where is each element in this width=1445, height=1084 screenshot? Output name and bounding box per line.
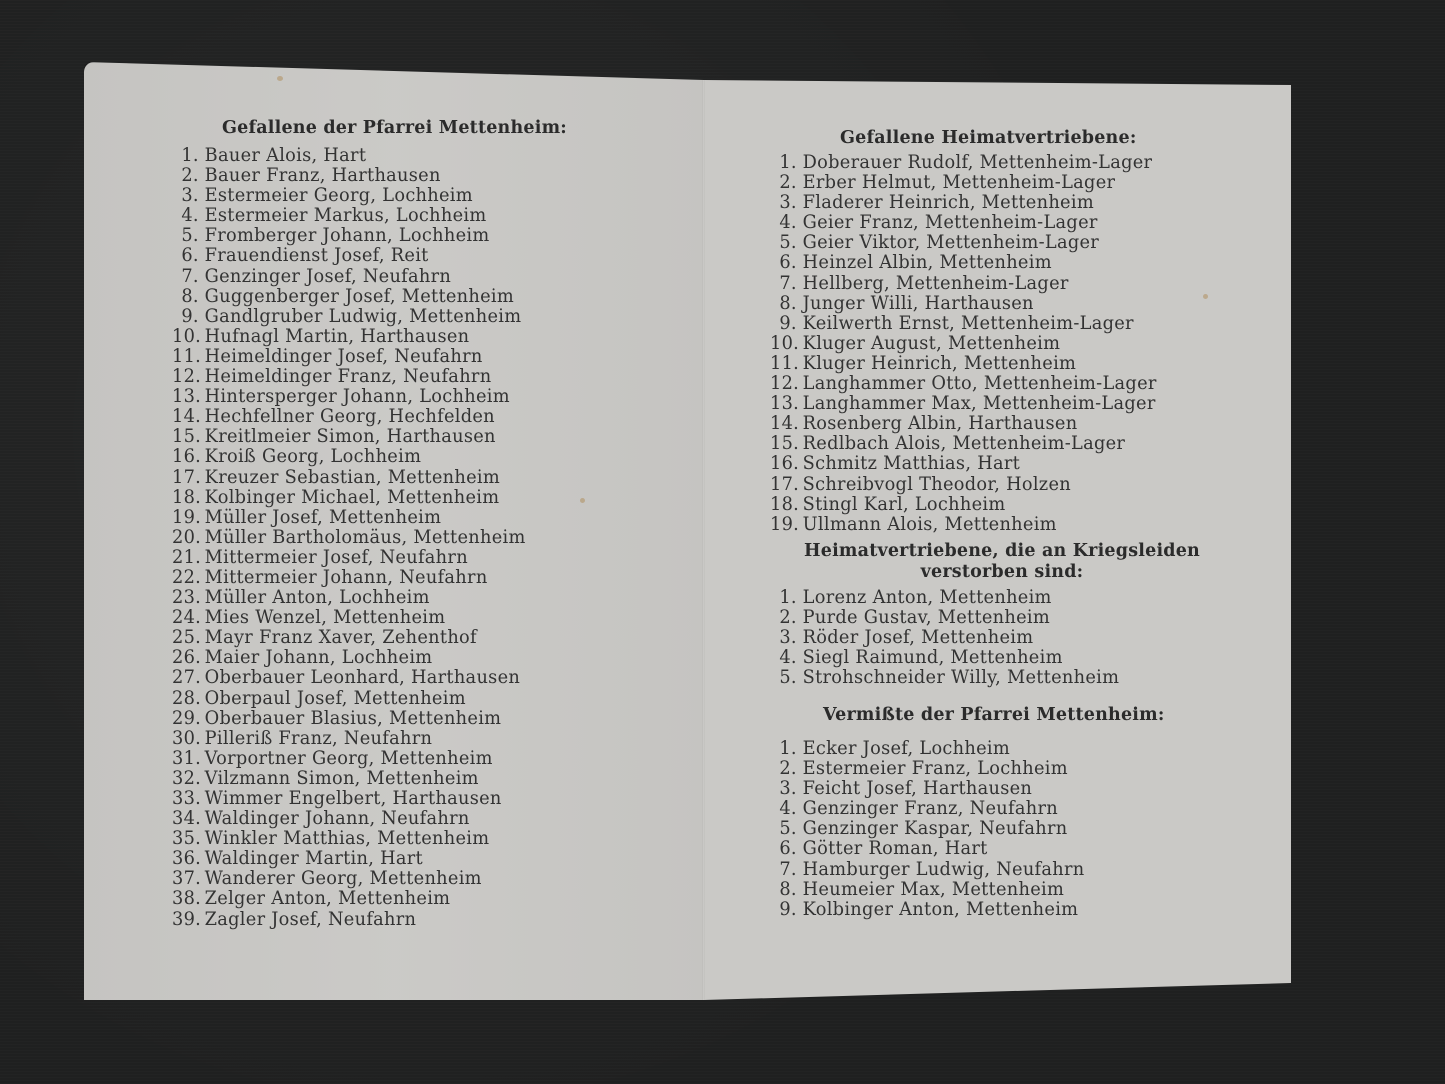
- list-item: 4.Siegl Raimund, Mettenheim: [770, 648, 1119, 668]
- list-item: 10.Hufnagl Martin, Harthausen: [172, 327, 526, 347]
- entry-number: 23.: [172, 588, 199, 608]
- list-item: 2.Bauer Franz, Harthausen: [172, 166, 526, 186]
- entry-name: Mittermeier Johann, Neufahrn: [205, 567, 488, 588]
- entry-name: Ecker Josef, Lochheim: [803, 738, 1010, 759]
- entry-number: 29.: [172, 709, 199, 729]
- list-item: 19.Ullmann Alois, Mettenheim: [770, 515, 1157, 535]
- list-item: 39.Zagler Josef, Neufahrn: [172, 910, 526, 930]
- entry-name: Fladerer Heinrich, Mettenheim: [803, 192, 1094, 213]
- entry-name: Götter Roman, Hart: [803, 838, 988, 859]
- list-item: 15.Redlbach Alois, Mettenheim-Lager: [770, 434, 1157, 454]
- entry-number: 7.: [172, 267, 199, 287]
- list-item: 17.Schreibvogl Theodor, Holzen: [770, 475, 1157, 495]
- entry-name: Frauendienst Josef, Reit: [205, 245, 429, 266]
- entry-number: 3.: [770, 779, 797, 799]
- list-item: 5.Genzinger Kaspar, Neufahrn: [770, 819, 1085, 839]
- entry-name: Hechfellner Georg, Hechfelden: [205, 406, 495, 427]
- list-item: 24.Mies Wenzel, Mettenheim: [172, 608, 526, 628]
- list-item: 11.Kluger Heinrich, Mettenheim: [770, 354, 1157, 374]
- entry-name: Oberpaul Josef, Mettenheim: [205, 688, 466, 709]
- entry-number: 7.: [770, 860, 797, 880]
- entry-number: 15.: [172, 427, 199, 447]
- entry-number: 9.: [770, 900, 797, 920]
- list-item: 16.Schmitz Matthias, Hart: [770, 454, 1157, 474]
- list-item: 17.Kreuzer Sebastian, Mettenheim: [172, 468, 526, 488]
- list-item: 33.Wimmer Engelbert, Harthausen: [172, 789, 526, 809]
- list-item: 1.Lorenz Anton, Mettenheim: [770, 588, 1119, 608]
- list-item: 8.Heumeier Max, Mettenheim: [770, 880, 1085, 900]
- entry-number: 11.: [172, 347, 199, 367]
- entry-name: Heumeier Max, Mettenheim: [803, 879, 1064, 900]
- entry-number: 3.: [770, 628, 797, 648]
- entry-number: 16.: [172, 447, 199, 467]
- entry-number: 19.: [770, 515, 797, 535]
- list-item: 7.Genzinger Josef, Neufahrn: [172, 267, 526, 287]
- list-item: 2.Erber Helmut, Mettenheim-Lager: [770, 173, 1157, 193]
- list-item: 13.Langhammer Max, Mettenheim-Lager: [770, 394, 1157, 414]
- entry-name: Ullmann Alois, Mettenheim: [803, 514, 1057, 535]
- expellees-war-suffering-list: 1.Lorenz Anton, Mettenheim2.Purde Gustav…: [770, 588, 1134, 688]
- left-page-heading: Gefallene der Pfarrei Mettenheim:: [222, 118, 567, 138]
- list-item: 3.Fladerer Heinrich, Mettenheim: [770, 193, 1157, 213]
- list-item: 9.Gandlgruber Ludwig, Mettenheim: [172, 307, 526, 327]
- list-item: 3.Feicht Josef, Harthausen: [770, 779, 1085, 799]
- entry-number: 31.: [172, 749, 199, 769]
- entry-number: 12.: [770, 374, 797, 394]
- entry-number: 5.: [770, 668, 797, 688]
- list-item: 4.Estermeier Markus, Lochheim: [172, 206, 526, 226]
- list-item: 15.Kreitlmeier Simon, Harthausen: [172, 427, 526, 447]
- entry-number: 34.: [172, 809, 199, 829]
- entry-name: Kreuzer Sebastian, Mettenheim: [205, 467, 500, 488]
- list-item: 14.Hechfellner Georg, Hechfelden: [172, 407, 526, 427]
- list-item: 5.Geier Viktor, Mettenheim-Lager: [770, 233, 1157, 253]
- entry-name: Stingl Karl, Lochheim: [803, 494, 1006, 515]
- entry-name: Genzinger Kaspar, Neufahrn: [803, 818, 1068, 839]
- list-item: 5.Strohschneider Willy, Mettenheim: [770, 668, 1119, 688]
- list-item: 2.Estermeier Franz, Lochheim: [770, 759, 1085, 779]
- heading-line-2: verstorben sind:: [788, 562, 1216, 583]
- entry-number: 13.: [770, 394, 797, 414]
- list-item: 7.Hellberg, Mettenheim-Lager: [770, 274, 1157, 294]
- entry-name: Gandlgruber Ludwig, Mettenheim: [205, 306, 522, 327]
- entry-name: Geier Viktor, Mettenheim-Lager: [803, 232, 1099, 253]
- entry-number: 8.: [172, 287, 199, 307]
- list-item: 19.Müller Josef, Mettenheim: [172, 508, 526, 528]
- entry-name: Heimeldinger Franz, Neufahrn: [205, 366, 492, 387]
- entry-number: 4.: [770, 213, 797, 233]
- list-item: 1.Ecker Josef, Lochheim: [770, 739, 1085, 759]
- entry-name: Zagler Josef, Neufahrn: [205, 909, 417, 930]
- entry-name: Vilzmann Simon, Mettenheim: [205, 768, 479, 789]
- entry-name: Röder Josef, Mettenheim: [803, 627, 1034, 648]
- list-item: 28.Oberpaul Josef, Mettenheim: [172, 689, 526, 709]
- entry-name: Redlbach Alois, Mettenheim-Lager: [803, 433, 1126, 454]
- entry-name: Müller Anton, Lochheim: [205, 587, 430, 608]
- entry-number: 1.: [172, 146, 199, 166]
- entry-name: Oberbauer Leonhard, Harthausen: [205, 667, 520, 688]
- entry-number: 10.: [172, 327, 199, 347]
- entry-number: 14.: [770, 414, 797, 434]
- entry-number: 33.: [172, 789, 199, 809]
- entry-name: Estermeier Franz, Lochheim: [803, 758, 1068, 779]
- list-item: 30.Pilleriß Franz, Neufahrn: [172, 729, 526, 749]
- entry-name: Hellberg, Mettenheim-Lager: [803, 273, 1069, 294]
- entry-name: Fromberger Johann, Lochheim: [205, 225, 490, 246]
- list-item: 31.Vorportner Georg, Mettenheim: [172, 749, 526, 769]
- list-item: 9.Keilwerth Ernst, Mettenheim-Lager: [770, 314, 1157, 334]
- entry-number: 39.: [172, 910, 199, 930]
- list-item: 32.Vilzmann Simon, Mettenheim: [172, 769, 526, 789]
- entry-number: 7.: [770, 274, 797, 294]
- entry-name: Schmitz Matthias, Hart: [803, 453, 1020, 474]
- entry-number: 25.: [172, 628, 199, 648]
- entry-number: 8.: [770, 294, 797, 314]
- section-heading-expellees-war-suffering: Heimatvertriebene, die an Kriegsleiden v…: [788, 541, 1216, 583]
- list-item: 3.Estermeier Georg, Lochheim: [172, 186, 526, 206]
- paper-stain: [580, 498, 585, 503]
- entry-name: Bauer Alois, Hart: [205, 145, 367, 166]
- entry-number: 24.: [172, 608, 199, 628]
- entry-number: 11.: [770, 354, 797, 374]
- entry-number: 36.: [172, 849, 199, 869]
- entry-name: Guggenberger Josef, Mettenheim: [205, 286, 514, 307]
- entry-name: Mittermeier Josef, Neufahrn: [205, 547, 468, 568]
- entry-number: 26.: [172, 648, 199, 668]
- list-item: 1.Bauer Alois, Hart: [172, 146, 526, 166]
- list-item: 12.Heimeldinger Franz, Neufahrn: [172, 367, 526, 387]
- entry-number: 2.: [770, 759, 797, 779]
- page-fold: [702, 80, 705, 1000]
- entry-name: Lorenz Anton, Mettenheim: [803, 587, 1052, 608]
- entry-name: Genzinger Josef, Neufahrn: [205, 266, 452, 287]
- entry-number: 22.: [172, 568, 199, 588]
- entry-name: Siegl Raimund, Mettenheim: [803, 647, 1063, 668]
- list-item: 21.Mittermeier Josef, Neufahrn: [172, 548, 526, 568]
- entry-number: 6.: [770, 253, 797, 273]
- entry-name: Hamburger Ludwig, Neufahrn: [803, 859, 1085, 880]
- entry-number: 37.: [172, 869, 199, 889]
- entry-number: 6.: [172, 246, 199, 266]
- list-item: 38.Zelger Anton, Mettenheim: [172, 889, 526, 909]
- list-item: 1.Doberauer Rudolf, Mettenheim-Lager: [770, 153, 1157, 173]
- list-item: 20.Müller Bartholomäus, Mettenheim: [172, 528, 526, 548]
- entry-name: Bauer Franz, Harthausen: [205, 165, 441, 186]
- paper-stain: [277, 76, 283, 81]
- list-item: 25.Mayr Franz Xaver, Zehenthof: [172, 628, 526, 648]
- list-item: 27.Oberbauer Leonhard, Harthausen: [172, 668, 526, 688]
- entry-name: Strohschneider Willy, Mettenheim: [803, 667, 1120, 688]
- entry-number: 2.: [770, 608, 797, 628]
- entry-number: 16.: [770, 454, 797, 474]
- entry-name: Schreibvogl Theodor, Holzen: [803, 474, 1071, 495]
- list-item: 22.Mittermeier Johann, Neufahrn: [172, 568, 526, 588]
- entry-number: 30.: [172, 729, 199, 749]
- list-item: 13.Hintersperger Johann, Lochheim: [172, 387, 526, 407]
- entry-name: Kolbinger Anton, Mettenheim: [803, 899, 1079, 920]
- entry-number: 15.: [770, 434, 797, 454]
- fallen-expellees-list: 1.Doberauer Rudolf, Mettenheim-Lager2.Er…: [770, 153, 1173, 535]
- entry-name: Wanderer Georg, Mettenheim: [205, 868, 482, 889]
- list-item: 6.Götter Roman, Hart: [770, 839, 1085, 859]
- entry-number: 8.: [770, 880, 797, 900]
- entry-number: 19.: [172, 508, 199, 528]
- entry-number: 1.: [770, 739, 797, 759]
- entry-name: Vorportner Georg, Mettenheim: [205, 748, 493, 769]
- entry-number: 28.: [172, 689, 199, 709]
- list-item: 18.Stingl Karl, Lochheim: [770, 495, 1157, 515]
- list-item: 23.Müller Anton, Lochheim: [172, 588, 526, 608]
- section-heading-fallen-expellees: Gefallene Heimatvertriebene:: [840, 128, 1136, 148]
- entry-name: Pilleriß Franz, Neufahrn: [205, 728, 433, 749]
- entry-number: 14.: [172, 407, 199, 427]
- list-item: 8.Junger Willi, Harthausen: [770, 294, 1157, 314]
- list-item: 26.Maier Johann, Lochheim: [172, 648, 526, 668]
- entry-number: 3.: [770, 193, 797, 213]
- list-item: 14.Rosenberg Albin, Harthausen: [770, 414, 1157, 434]
- entry-number: 5.: [770, 819, 797, 839]
- entry-number: 18.: [770, 495, 797, 515]
- list-item: 4.Genzinger Franz, Neufahrn: [770, 799, 1085, 819]
- entry-name: Wimmer Engelbert, Harthausen: [205, 788, 502, 809]
- entry-number: 17.: [172, 468, 199, 488]
- section-heading-missing: Vermißte der Pfarrei Mettenheim:: [823, 705, 1165, 725]
- entry-number: 4.: [172, 206, 199, 226]
- entry-name: Junger Willi, Harthausen: [803, 293, 1034, 314]
- entry-name: Hintersperger Johann, Lochheim: [205, 386, 510, 407]
- entry-name: Müller Bartholomäus, Mettenheim: [205, 527, 526, 548]
- list-item: 11.Heimeldinger Josef, Neufahrn: [172, 347, 526, 367]
- entry-number: 35.: [172, 829, 199, 849]
- entry-number: 9.: [770, 314, 797, 334]
- entry-name: Heinzel Albin, Mettenheim: [803, 252, 1052, 273]
- entry-name: Rosenberg Albin, Harthausen: [803, 413, 1078, 434]
- list-item: 4.Geier Franz, Mettenheim-Lager: [770, 213, 1157, 233]
- entry-number: 4.: [770, 648, 797, 668]
- entry-name: Feicht Josef, Harthausen: [803, 778, 1033, 799]
- entry-number: 10.: [770, 334, 797, 354]
- entry-number: 20.: [172, 528, 199, 548]
- entry-number: 5.: [770, 233, 797, 253]
- entry-name: Mayr Franz Xaver, Zehenthof: [205, 627, 477, 648]
- entry-name: Oberbauer Blasius, Mettenheim: [205, 708, 502, 729]
- list-item: 37.Wanderer Georg, Mettenheim: [172, 869, 526, 889]
- list-item: 18.Kolbinger Michael, Mettenheim: [172, 488, 526, 508]
- list-item: 36.Waldinger Martin, Hart: [172, 849, 526, 869]
- entry-name: Müller Josef, Mettenheim: [205, 507, 442, 528]
- list-item: 6.Frauendienst Josef, Reit: [172, 246, 526, 266]
- entry-name: Langhammer Max, Mettenheim-Lager: [803, 393, 1156, 414]
- entry-name: Waldinger Johann, Neufahrn: [205, 808, 470, 829]
- entry-number: 3.: [172, 186, 199, 206]
- entry-number: 27.: [172, 668, 199, 688]
- list-item: 2.Purde Gustav, Mettenheim: [770, 608, 1119, 628]
- entry-number: 12.: [172, 367, 199, 387]
- entry-number: 21.: [172, 548, 199, 568]
- list-item: 34.Waldinger Johann, Neufahrn: [172, 809, 526, 829]
- list-item: 29.Oberbauer Blasius, Mettenheim: [172, 709, 526, 729]
- entry-name: Erber Helmut, Mettenheim-Lager: [803, 172, 1116, 193]
- entry-name: Keilwerth Ernst, Mettenheim-Lager: [803, 313, 1134, 334]
- entry-name: Hufnagl Martin, Harthausen: [205, 326, 470, 347]
- entry-number: 1.: [770, 588, 797, 608]
- entry-number: 9.: [172, 307, 199, 327]
- entry-name: Langhammer Otto, Mettenheim-Lager: [803, 373, 1157, 394]
- entry-name: Heimeldinger Josef, Neufahrn: [205, 346, 483, 367]
- entry-name: Maier Johann, Lochheim: [205, 647, 433, 668]
- entry-name: Waldinger Martin, Hart: [205, 848, 423, 869]
- entry-number: 32.: [172, 769, 199, 789]
- paper-stain: [1203, 294, 1208, 299]
- entry-number: 4.: [770, 799, 797, 819]
- list-item: 12.Langhammer Otto, Mettenheim-Lager: [770, 374, 1157, 394]
- entry-number: 2.: [770, 173, 797, 193]
- entry-number: 18.: [172, 488, 199, 508]
- entry-number: 5.: [172, 226, 199, 246]
- fallen-parish-list: 1.Bauer Alois, Hart2.Bauer Franz, Hartha…: [172, 146, 540, 930]
- entry-number: 17.: [770, 475, 797, 495]
- list-item: 10.Kluger August, Mettenheim: [770, 334, 1157, 354]
- list-item: 5.Fromberger Johann, Lochheim: [172, 226, 526, 246]
- list-item: 16.Kroiß Georg, Lochheim: [172, 447, 526, 467]
- list-item: 35.Winkler Matthias, Mettenheim: [172, 829, 526, 849]
- entry-name: Genzinger Franz, Neufahrn: [803, 798, 1058, 819]
- list-item: 3.Röder Josef, Mettenheim: [770, 628, 1119, 648]
- entry-name: Winkler Matthias, Mettenheim: [205, 828, 490, 849]
- entry-name: Kolbinger Michael, Mettenheim: [205, 487, 500, 508]
- entry-number: 1.: [770, 153, 797, 173]
- entry-number: 2.: [172, 166, 199, 186]
- missing-parish-list: 1.Ecker Josef, Lochheim2.Estermeier Fran…: [770, 739, 1098, 920]
- entry-name: Kreitlmeier Simon, Harthausen: [205, 426, 496, 447]
- entry-name: Estermeier Georg, Lochheim: [205, 185, 473, 206]
- entry-name: Purde Gustav, Mettenheim: [803, 607, 1050, 628]
- entry-name: Kluger Heinrich, Mettenheim: [803, 353, 1077, 374]
- list-item: 6.Heinzel Albin, Mettenheim: [770, 253, 1157, 273]
- list-item: 7.Hamburger Ludwig, Neufahrn: [770, 860, 1085, 880]
- entry-name: Mies Wenzel, Mettenheim: [205, 607, 446, 628]
- entry-number: 38.: [172, 889, 199, 909]
- heading-line-1: Heimatvertriebene, die an Kriegsleiden: [788, 541, 1216, 562]
- entry-name: Kroiß Georg, Lochheim: [205, 446, 422, 467]
- entry-name: Kluger August, Mettenheim: [803, 333, 1061, 354]
- entry-name: Zelger Anton, Mettenheim: [205, 888, 451, 909]
- entry-name: Doberauer Rudolf, Mettenheim-Lager: [803, 152, 1153, 173]
- list-item: 9.Kolbinger Anton, Mettenheim: [770, 900, 1085, 920]
- entry-name: Estermeier Markus, Lochheim: [205, 205, 487, 226]
- entry-number: 13.: [172, 387, 199, 407]
- entry-number: 6.: [770, 839, 797, 859]
- list-item: 8.Guggenberger Josef, Mettenheim: [172, 287, 526, 307]
- entry-name: Geier Franz, Mettenheim-Lager: [803, 212, 1098, 233]
